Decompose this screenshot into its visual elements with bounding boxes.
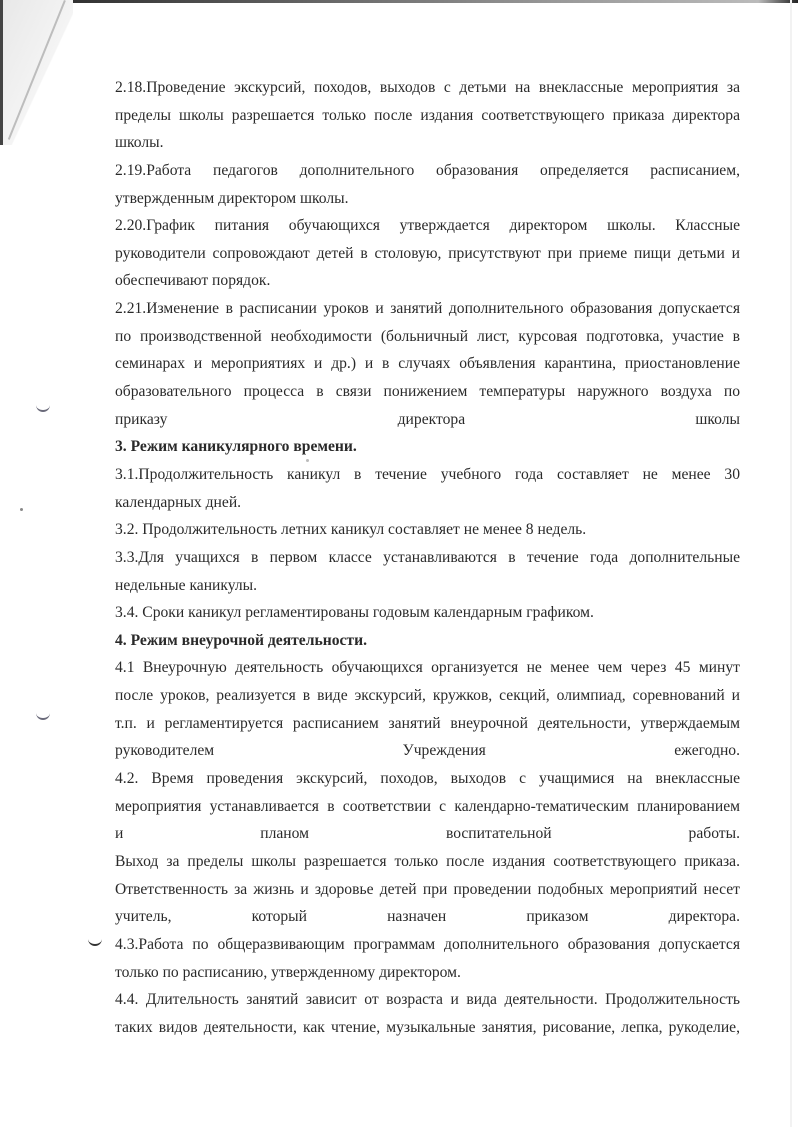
text-line: Выход за пределы школы разрешается тольк… bbox=[115, 848, 740, 876]
text-line: 3.3.Для учащихся в первом классе устанав… bbox=[115, 544, 740, 572]
section-heading: 4. Режим внеурочной деятельности. bbox=[115, 627, 740, 655]
scan-speck bbox=[20, 508, 23, 511]
text-line: 3.1.Продолжительность каникул в течение … bbox=[115, 461, 740, 489]
text-line: после уроков, реализуется в виде экскурс… bbox=[115, 682, 740, 710]
text-line: 2.21.Изменение в расписании уроков и зан… bbox=[115, 295, 740, 323]
text-line: 3.2. Продолжительность летних каникул со… bbox=[115, 516, 740, 544]
text-line: по производственной необходимости (больн… bbox=[115, 323, 740, 351]
scan-top-edge bbox=[0, 0, 798, 3]
text-line: 3.4. Сроки каникул регламентированы годо… bbox=[115, 599, 740, 627]
text-line: 4.3.Работа по общеразвивающим программам… bbox=[115, 931, 740, 959]
text-line: т.п. и регламентируется расписанием заня… bbox=[115, 710, 740, 738]
text-line: утвержденным директором школы. bbox=[115, 185, 740, 213]
text-line: школы. bbox=[115, 129, 740, 157]
text-line: 4.2. Время проведения экскурсий, походов… bbox=[115, 765, 740, 793]
text-line: 4.4. Длительность занятий зависит от воз… bbox=[115, 986, 740, 1014]
text-line: учитель, который назначен приказом дирек… bbox=[115, 903, 740, 931]
text-line: семинарах и мероприятиях и др.) и в случ… bbox=[115, 350, 740, 378]
scanned-page: 2.18.Проведение экскурсий, походов, выхо… bbox=[0, 0, 798, 1127]
text-line: обеспечивают порядок. bbox=[115, 267, 740, 295]
text-line: 4.1 Внеурочную деятельность обучающихся … bbox=[115, 654, 740, 682]
text-line: руководители сопровождают детей в столов… bbox=[115, 240, 740, 268]
text-line: Ответственность за жизнь и здоровье дете… bbox=[115, 876, 740, 904]
text-line: и планом воспитательной работы. bbox=[115, 820, 740, 848]
text-line: пределы школы разрешается только после и… bbox=[115, 102, 740, 130]
binder-hole-mark bbox=[36, 712, 50, 720]
binder-hole-mark bbox=[88, 938, 102, 946]
text-line: календарных дней. bbox=[115, 489, 740, 517]
section-heading: 3. Режим каникулярного времени. bbox=[115, 433, 740, 461]
document-body: 2.18.Проведение экскурсий, походов, выхо… bbox=[115, 74, 740, 1041]
text-line: руководителем Учреждения ежегодно. bbox=[115, 737, 740, 765]
text-line: 2.20.График питания обучающихся утвержда… bbox=[115, 212, 740, 240]
text-line: 2.18.Проведение экскурсий, походов, выхо… bbox=[115, 74, 740, 102]
text-line: недельные каникулы. bbox=[115, 572, 740, 600]
text-line: образовательного процесса в связи пониже… bbox=[115, 378, 740, 406]
binder-hole-mark bbox=[36, 404, 50, 412]
text-line: только по расписанию, утвержденному дире… bbox=[115, 959, 740, 987]
text-line: мероприятия устанавливается в соответств… bbox=[115, 793, 740, 821]
scan-right-edge bbox=[790, 0, 792, 1127]
text-line: таких видов деятельности, как чтение, му… bbox=[115, 1014, 740, 1042]
text-line: приказу директора школы bbox=[115, 406, 740, 434]
text-line: 2.19.Работа педагогов дополнительного об… bbox=[115, 157, 740, 185]
